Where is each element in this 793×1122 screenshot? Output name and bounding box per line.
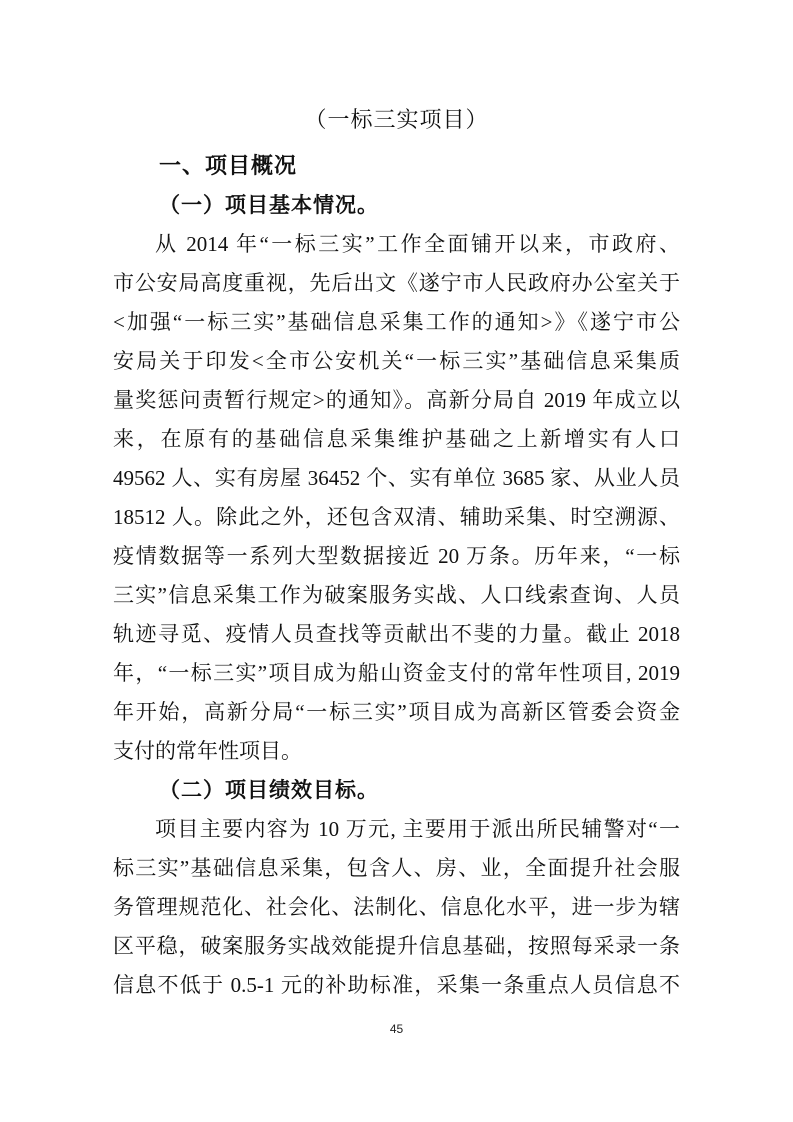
paragraph-line: 支付的常年性项目。 — [113, 732, 680, 771]
paragraph-line: 18512 人。除此之外，还包含双清、辅助采集、时空溯源、 — [113, 498, 680, 537]
paragraph-line: 量奖惩问责暂行规定>的通知》。高新分局自 2019 年成立以 — [113, 381, 680, 420]
document-subtitle: （一标三实项目） — [113, 100, 680, 140]
paragraph-line: <加强“一标三实”基础信息采集工作的通知>》《遂宁市公 — [113, 303, 680, 342]
paragraph-line: 安局关于印发<全市公安机关“一标三实”基础信息采集质 — [113, 342, 680, 381]
paragraph-line: 务管理规范化、社会化、法制化、信息化水平，进一步为辖 — [113, 888, 680, 927]
document-content: （一标三实项目） 一、项目概况 （一）项目基本情况。 从 2014 年“一标三实… — [113, 100, 680, 1005]
paragraph-line: 区平稳，破案服务实战效能提升信息基础，按照每采录一条 — [113, 927, 680, 966]
paragraph-line: 年，“一标三实”项目成为船山资金支付的常年性项目, 2019 — [113, 654, 680, 693]
paragraph-performance-target: 项目主要内容为 10 万元, 主要用于派出所民辅警对“一 标三实”基础信息采集，… — [113, 810, 680, 1005]
paragraph-line: 信息不低于 0.5-1 元的补助标准，采集一条重点人员信息不 — [113, 966, 680, 1005]
heading-basic-info: （一）项目基本情况。 — [113, 186, 680, 225]
paragraph-line: 标三实”基础信息采集，包含人、房、业，全面提升社会服 — [113, 849, 680, 888]
paragraph-basic-info: 从 2014 年“一标三实”工作全面铺开以来，市政府、 市公安局高度重视，先后出… — [113, 225, 680, 771]
paragraph-line: 三实”信息采集工作为破案服务实战、人口线索查询、人员 — [113, 576, 680, 615]
paragraph-line: 年开始，高新分局“一标三实”项目成为高新区管委会资金 — [113, 693, 680, 732]
document-page: （一标三实项目） 一、项目概况 （一）项目基本情况。 从 2014 年“一标三实… — [0, 0, 793, 1122]
heading-performance-target: （二）项目绩效目标。 — [113, 771, 680, 810]
paragraph-line: 项目主要内容为 10 万元, 主要用于派出所民辅警对“一 — [113, 810, 680, 849]
paragraph-line: 轨迹寻觅、疫情人员查找等贡献出不斐的力量。截止 2018 — [113, 615, 680, 654]
paragraph-line: 从 2014 年“一标三实”工作全面铺开以来，市政府、 — [113, 225, 680, 264]
page-number: 45 — [0, 1022, 793, 1036]
paragraph-line: 49562 人、实有房屋 36452 个、实有单位 3685 家、从业人员 — [113, 459, 680, 498]
paragraph-line: 市公安局高度重视，先后出文《遂宁市人民政府办公室关于 — [113, 264, 680, 303]
paragraph-line: 疫情数据等一系列大型数据接近 20 万条。历年来，“一标 — [113, 537, 680, 576]
paragraph-line: 来，在原有的基础信息采集维护基础之上新增实有人口 — [113, 420, 680, 459]
heading-project-overview: 一、项目概况 — [113, 146, 680, 186]
